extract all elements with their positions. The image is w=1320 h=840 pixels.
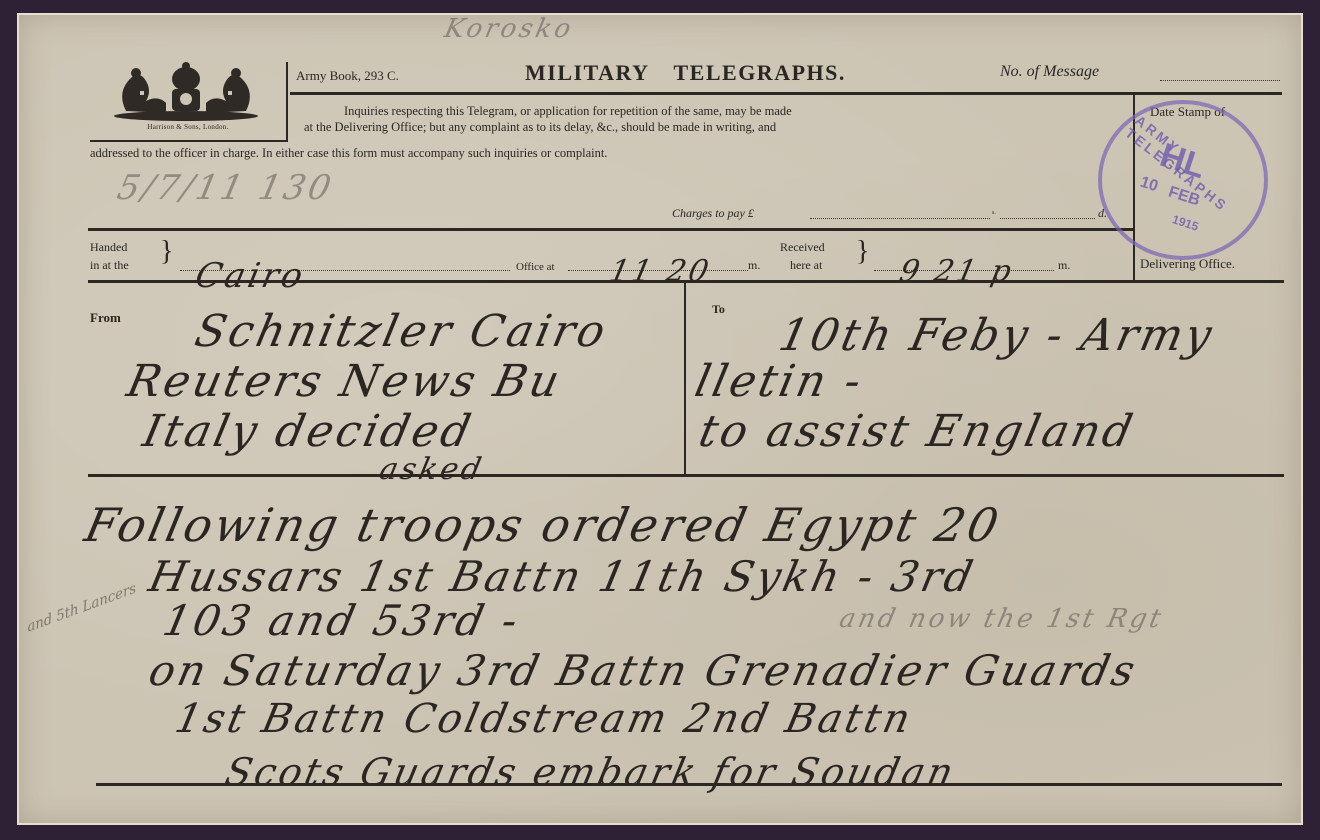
pencil-insertion: and now the 1st Rgt bbox=[837, 604, 1167, 634]
bottom-rule bbox=[96, 783, 1282, 786]
message-line-6: 103 and 53rd - bbox=[159, 596, 525, 645]
crest-right-rule bbox=[286, 62, 288, 142]
message-line-9: Scots Guards embark for Soudan bbox=[221, 750, 960, 794]
charges-label: Charges to pay £ bbox=[672, 206, 754, 221]
royal-crest-icon bbox=[106, 61, 266, 121]
office-at-m-label: m. bbox=[748, 258, 760, 272]
inquiry-line-3: addressed to the officer in charge. In e… bbox=[90, 146, 607, 161]
handed-in-label-2: in at the bbox=[90, 258, 129, 272]
message-number-field bbox=[1160, 80, 1280, 81]
received-m-label: m. bbox=[1058, 258, 1070, 272]
to-label: To bbox=[712, 302, 725, 317]
message-line-2-right: lletin - bbox=[691, 356, 869, 407]
reference-number: 5/7/11 130 bbox=[114, 168, 338, 208]
handed-in-office-value: Cairo bbox=[192, 256, 309, 296]
crest-box: Harrison & Sons, London. bbox=[88, 55, 288, 145]
stamp-year: 1915 bbox=[1170, 212, 1200, 234]
message-number-label: No. of Message bbox=[1000, 63, 1099, 81]
form-title-word-2: TELEGRAPHS. bbox=[674, 60, 846, 85]
office-at-label: Office at bbox=[516, 260, 555, 274]
form-title-word-1: MILITARY bbox=[525, 60, 650, 85]
office-at-time-value: 11 20 bbox=[606, 254, 714, 289]
inquiry-line-2: at the Delivering Office; but any compla… bbox=[304, 120, 776, 135]
army-book-reference: Army Book, 293 C. bbox=[296, 68, 399, 84]
inquiry-line-1: Inquiries respecting this Telegram, or a… bbox=[344, 104, 792, 119]
message-line-7: on Saturday 3rd Battn Grenadier Guards bbox=[145, 646, 1142, 695]
received-label-1: Received bbox=[780, 240, 825, 254]
message-line-3-right: to assist England bbox=[695, 406, 1140, 457]
message-line-2-left: Reuters News Bu bbox=[123, 356, 567, 407]
from-label: From bbox=[90, 310, 121, 326]
message-line-8: 1st Battn Coldstream 2nd Battn bbox=[171, 696, 917, 742]
to-value: 10th Feby - Army bbox=[775, 310, 1219, 361]
handed-in-label-1: Handed bbox=[90, 240, 127, 254]
message-line-5: Hussars 1st Battn 11th Sykh - 3rd bbox=[145, 552, 980, 601]
printer-imprint: Harrison & Sons, London. bbox=[98, 123, 278, 131]
form-title: MILITARYTELEGRAPHS. bbox=[525, 60, 870, 86]
from-value: Schnitzler Cairo bbox=[191, 306, 613, 357]
message-line-4: Following troops ordered Egypt 20 bbox=[80, 498, 1006, 552]
crest-bottom-rule bbox=[90, 140, 288, 142]
charges-pounds-field bbox=[810, 218, 990, 219]
top-pencil-note: Korosko bbox=[442, 14, 577, 44]
received-label-2: here at bbox=[790, 258, 822, 272]
address-section-rule bbox=[88, 474, 1284, 477]
handed-in-brace: } bbox=[160, 238, 173, 266]
from-to-divider bbox=[684, 282, 686, 474]
date-stamp: ARMY TELEGRAPHS HL 10 FEB 1915 bbox=[1098, 100, 1268, 260]
received-brace: } bbox=[856, 238, 869, 266]
message-line-3-left: Italy decided bbox=[139, 406, 478, 457]
asked-insertion: asked bbox=[376, 452, 487, 487]
stamp-day: 10 bbox=[1138, 174, 1160, 197]
charges-rule bbox=[88, 228, 1133, 231]
charges-shillings-mark: s. bbox=[992, 206, 996, 220]
received-time-value: 9 21 p bbox=[896, 254, 1017, 289]
charges-shillings-field bbox=[1000, 218, 1095, 219]
